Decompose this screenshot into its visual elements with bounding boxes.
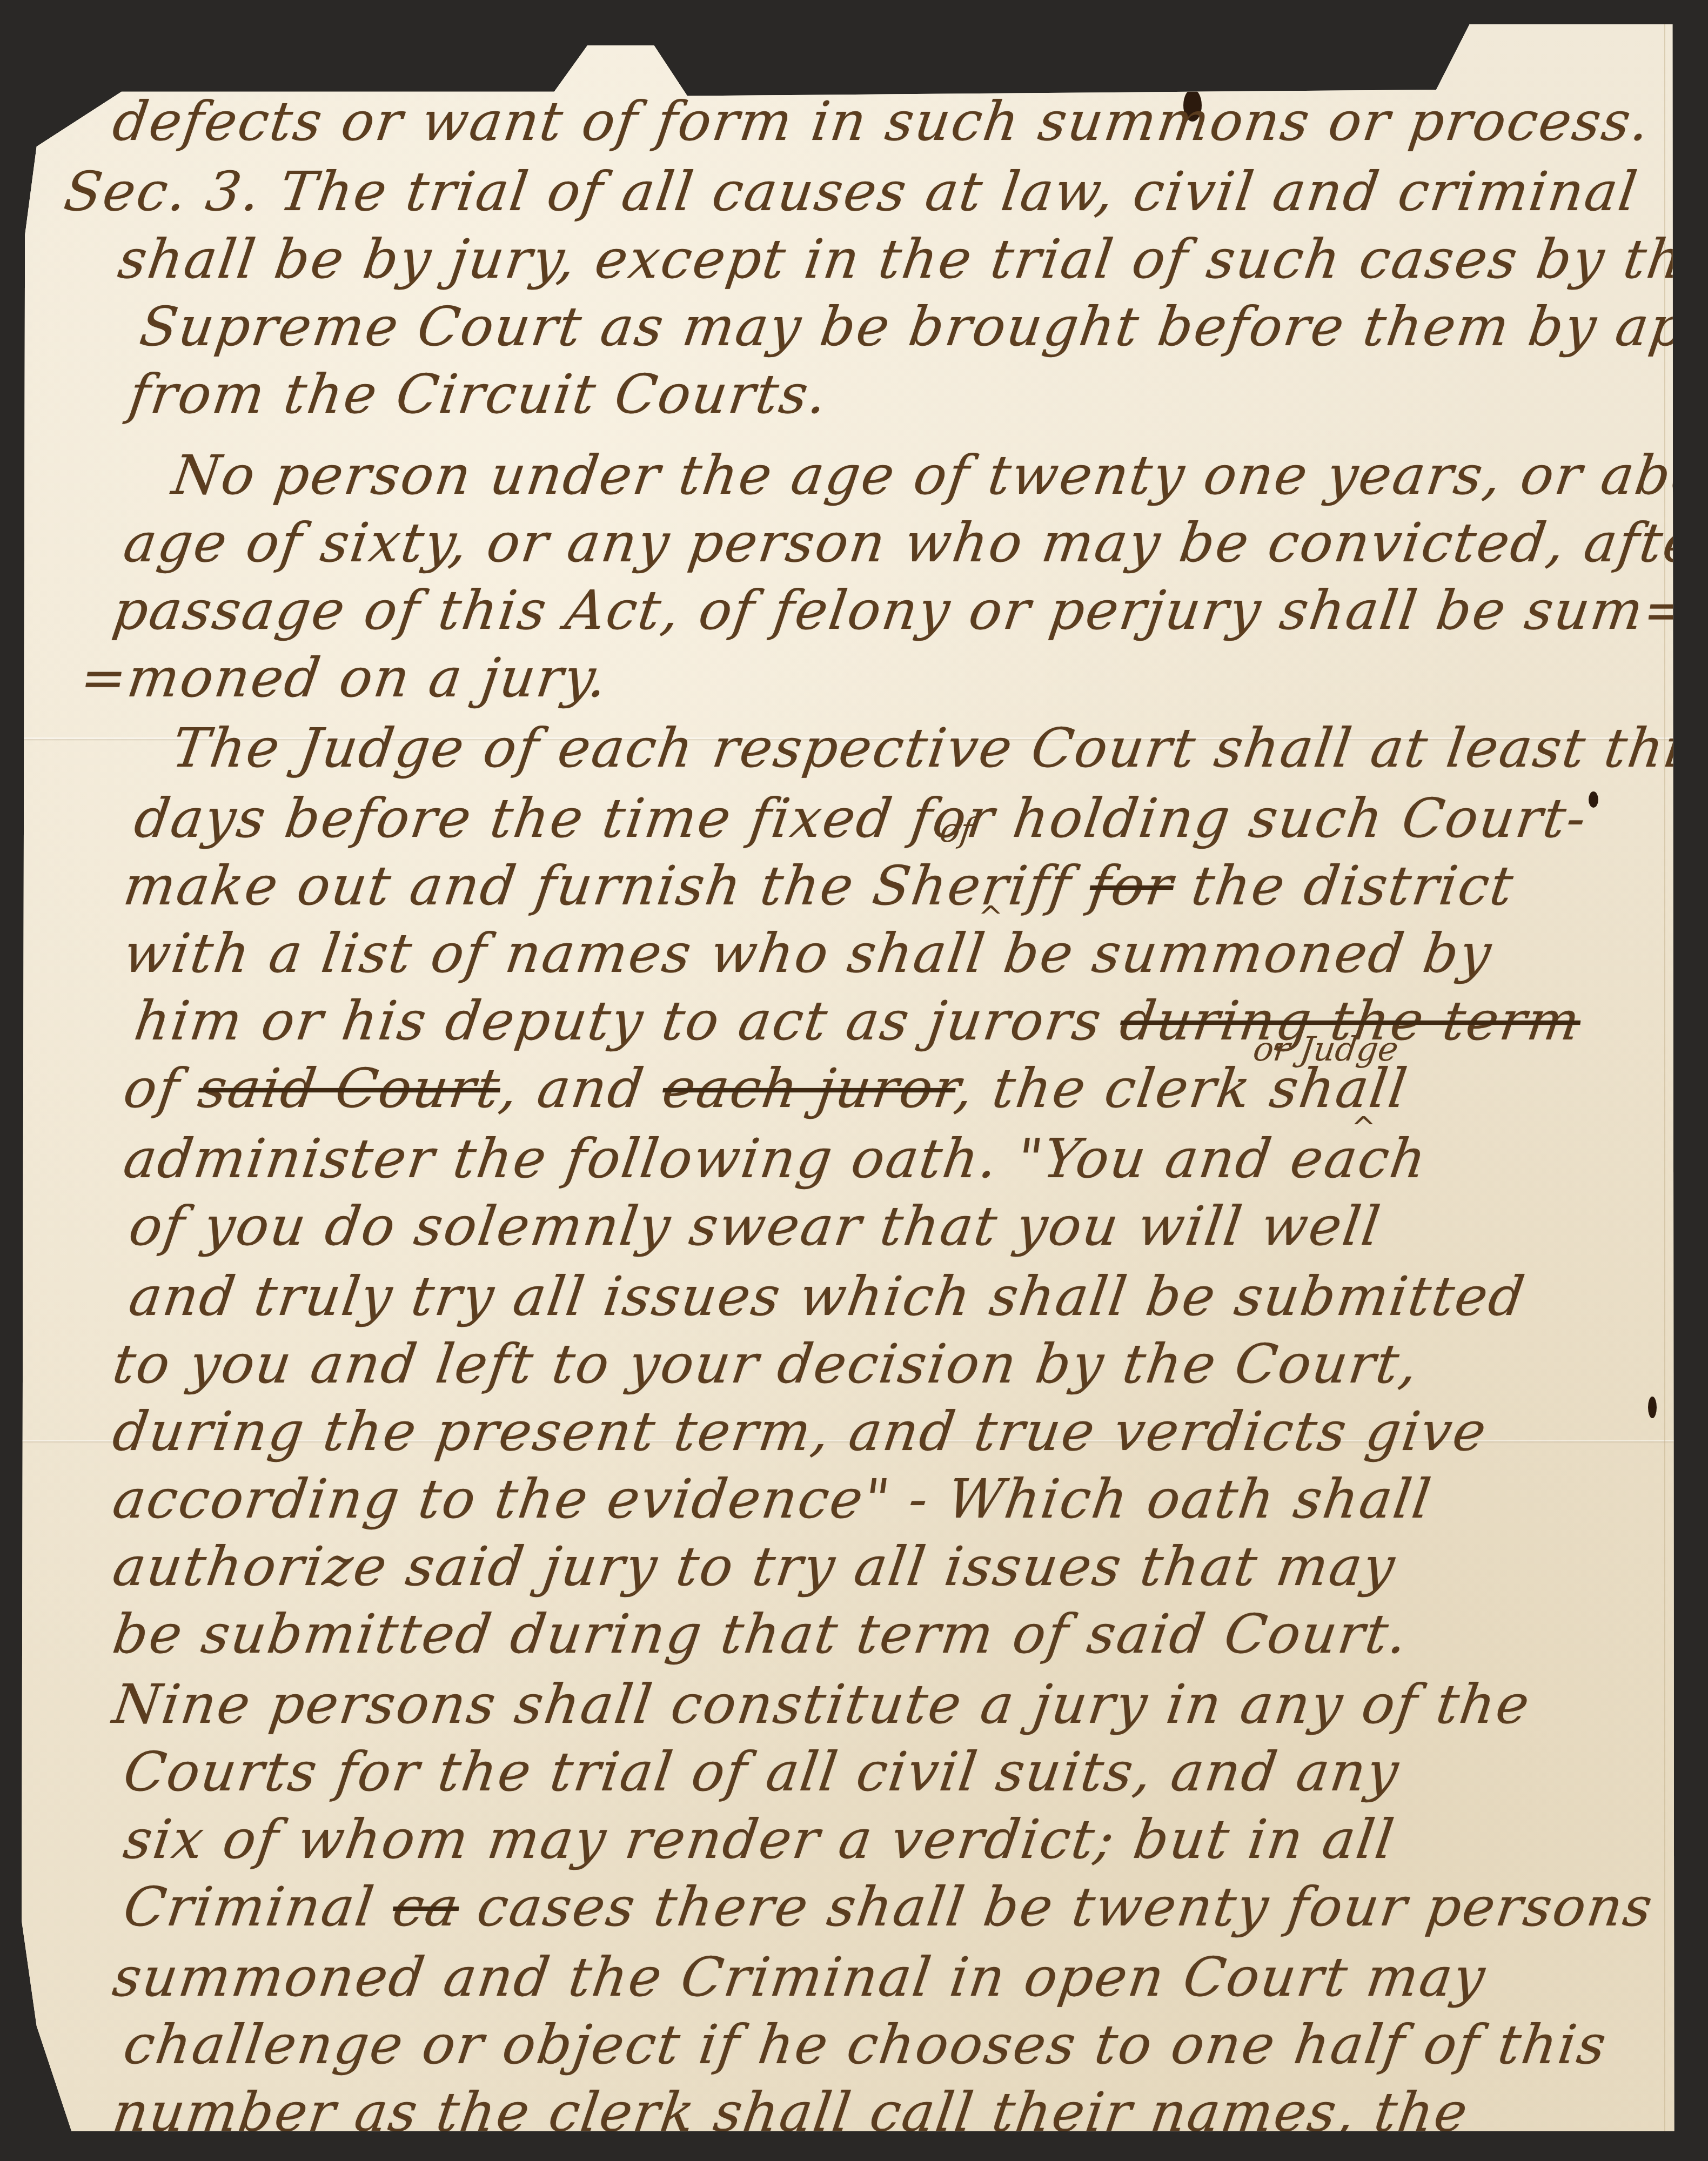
text-line: during the present term, and true verdic… xyxy=(109,1399,1658,1464)
text-line: days before the time fixed for holding s… xyxy=(131,786,1680,851)
text-line: The Judge of each respective Court shall… xyxy=(169,716,1708,781)
text-line: from the Circuit Courts. xyxy=(125,362,1674,427)
text-line: be submitted during that term of said Co… xyxy=(109,1602,1658,1667)
text-line: make out and furnish the Sheriff for the… xyxy=(120,854,1669,918)
struck-text: each juror xyxy=(659,1057,960,1120)
text-line: Nine persons shall constitute a jury in … xyxy=(109,1672,1658,1737)
text-segment: him or his deputy to act as jurors xyxy=(131,989,1126,1052)
text-line: summoned and the Criminal in open Court … xyxy=(109,1945,1658,2010)
struck-text: said Court xyxy=(195,1057,505,1120)
interlinear-insertion: of xyxy=(937,810,976,850)
text-line: Sec. 3. The trial of all causes at law, … xyxy=(61,159,1610,224)
text-line: number as the clerk shall call their nam… xyxy=(109,2080,1658,2145)
text-line: age of sixty, or any person who may be c… xyxy=(120,511,1669,575)
text-line: administer the following oath. "You and … xyxy=(120,1126,1669,1191)
text-line: six of whom may render a verdict; but in… xyxy=(120,1807,1669,1872)
text-line: shall be by jury, except in the trial of… xyxy=(115,227,1664,292)
text-segment: make out and furnish the Sheriff xyxy=(120,854,1095,917)
insertion-caret: ^ xyxy=(1351,1110,1376,1145)
text-line: him or his deputy to act as jurors durin… xyxy=(131,989,1680,1053)
text-line: passage of this Act, of felony or perjur… xyxy=(109,578,1658,643)
text-line: Criminal ca cases there shall be twenty … xyxy=(120,1875,1669,1939)
interlinear-insertion: or Judge xyxy=(1251,1029,1401,1069)
text-segment: of xyxy=(120,1057,203,1120)
text-line: with a list of names who shall be summon… xyxy=(120,921,1669,986)
text-line: according to the evidence" - Which oath … xyxy=(109,1467,1658,1532)
text-line: Supreme Court as may be brought before t… xyxy=(136,294,1685,359)
text-line: of you do solemnly swear that you will w… xyxy=(125,1194,1674,1259)
text-line: challenge or object if he chooses to one… xyxy=(120,2012,1669,2077)
text-line: No person under the age of twenty one ye… xyxy=(169,443,1708,508)
text-line: =moned on a jury. xyxy=(77,646,1626,710)
text-segment: the district xyxy=(1169,854,1518,917)
text-line: of said Court, and each juror, the clerk… xyxy=(120,1056,1669,1121)
manuscript-page: defects or want of form in such summons … xyxy=(22,24,1686,2131)
text-segment: Criminal xyxy=(120,1875,398,1938)
struck-text: for xyxy=(1086,854,1178,917)
text-line: Courts for the trial of all civil suits,… xyxy=(120,1740,1669,1804)
struck-text: ca xyxy=(389,1875,464,1938)
text-segment: , and xyxy=(496,1057,668,1120)
text-line: and truly try all issues which shall be … xyxy=(125,1264,1674,1329)
text-line: to you and left to your decision by the … xyxy=(109,1332,1658,1397)
text-line: defects or want of form in such summons … xyxy=(109,89,1658,154)
text-line: authorize said jury to try all issues th… xyxy=(109,1534,1658,1599)
manuscript-text: defects or want of form in such summons … xyxy=(22,24,1686,2131)
text-segment: cases there shall be twenty four persons xyxy=(454,1875,1657,1938)
insertion-caret: ^ xyxy=(978,900,1003,935)
